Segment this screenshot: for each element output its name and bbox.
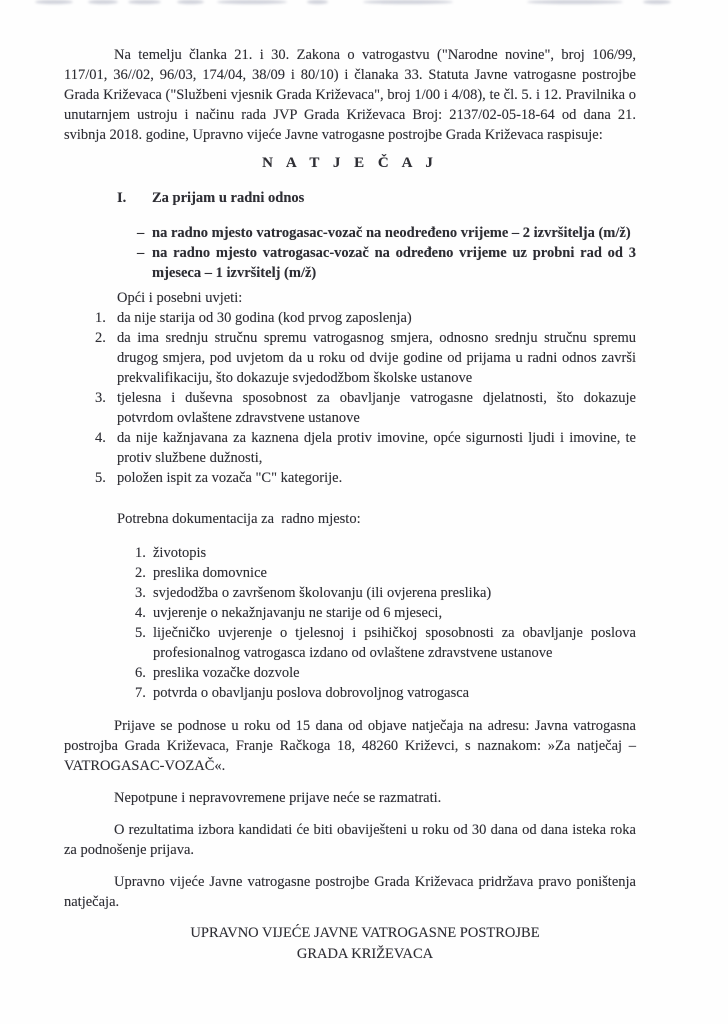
condition-text: da ima srednju stručnu spremu vatrogasno… xyxy=(117,328,636,388)
condition-text: položen ispit za vozača "C" kategorije. xyxy=(117,468,636,488)
list-number: 6. xyxy=(135,663,153,683)
conditions-heading: Opći i posebni uvjeti: xyxy=(64,288,636,308)
signature-line: GRADA KRIŽEVACA xyxy=(94,944,636,965)
documentation-text: životopis xyxy=(153,543,636,563)
section-title: Za prijam u radni odnos xyxy=(152,188,636,208)
cancellation-paragraph: Upravno vijeće Javne vatrogasne postrojb… xyxy=(64,872,636,912)
scan-smudge xyxy=(177,0,204,4)
condition-text: tjelesna i duševna sposobnost za obavlja… xyxy=(117,388,636,428)
list-number: 5. xyxy=(95,468,117,488)
documentation-item: 1. životopis xyxy=(64,543,636,563)
documentation-text: liječničko uvjerenje o tjelesnoj i psihi… xyxy=(153,623,636,663)
scan-smudge xyxy=(643,0,671,4)
documentation-text: preslika vozačke dozvole xyxy=(153,663,636,683)
list-number: 1. xyxy=(95,308,117,328)
documentation-text: uvjerenje o nekažnjavanju ne starije od … xyxy=(153,603,636,623)
documentation-item: 6. preslika vozačke dozvole xyxy=(64,663,636,683)
scan-smudge xyxy=(217,0,287,4)
applications-paragraph: Prijave se podnose u roku od 15 dana od … xyxy=(64,716,636,776)
documentation-list: 1. životopis 2. preslika domovnice 3. sv… xyxy=(64,543,636,703)
section-number: I. xyxy=(117,188,152,208)
scan-smudge xyxy=(35,0,73,4)
list-number: 1. xyxy=(135,543,153,563)
condition-item: 1. da nije starija od 30 godina (kod prv… xyxy=(64,308,636,328)
scan-smudge xyxy=(363,0,453,4)
section-heading: I. Za prijam u radni odnos xyxy=(64,188,636,208)
scan-smudge xyxy=(128,0,161,4)
condition-item: 4. da nije kažnjavana za kaznena djela p… xyxy=(64,428,636,468)
list-number: 4. xyxy=(135,603,153,623)
list-number: 5. xyxy=(135,623,153,663)
list-number: 7. xyxy=(135,683,153,703)
documentation-item: 5. liječničko uvjerenje o tjelesnoj i ps… xyxy=(64,623,636,663)
condition-text: da nije kažnjavana za kaznena djela prot… xyxy=(117,428,636,468)
list-number: 4. xyxy=(95,428,117,468)
condition-item: 2. da ima srednju stručnu spremu vatroga… xyxy=(64,328,636,388)
signature-block: UPRAVNO VIJEĆE JAVNE VATROGASNE POSTROJB… xyxy=(94,923,636,965)
position-item: – na radno mjesto vatrogasac-vozač na od… xyxy=(64,243,636,283)
conditions-list: 1. da nije starija od 30 godina (kod prv… xyxy=(64,308,636,488)
condition-text: da nije starija od 30 godina (kod prvog … xyxy=(117,308,636,328)
documentation-item: 7. potvrda o obavljanju poslova dobrovol… xyxy=(64,683,636,703)
document-page: Na temelju članka 21. i 30. Zakona o vat… xyxy=(0,0,728,1024)
documentation-text: potvrda o obavljanju poslova dobrovoljno… xyxy=(153,683,636,703)
documentation-item: 3. svjedodžba o završenom školovanju (il… xyxy=(64,583,636,603)
positions-list: – na radno mjesto vatrogasac-vozač na ne… xyxy=(64,223,636,283)
documentation-item: 4. uvjerenje o nekažnjavanju ne starije … xyxy=(64,603,636,623)
dash-bullet: – xyxy=(137,223,152,243)
position-text: na radno mjesto vatrogasac-vozač na neod… xyxy=(152,223,636,243)
position-item: – na radno mjesto vatrogasac-vozač na ne… xyxy=(64,223,636,243)
scanned-document: { "document": { "intro": "Na temelju čla… xyxy=(0,0,728,1024)
list-number: 2. xyxy=(135,563,153,583)
scan-smudge xyxy=(307,0,328,4)
dash-bullet: – xyxy=(137,243,152,283)
list-number: 2. xyxy=(95,328,117,388)
position-text: na radno mjesto vatrogasac-vozač na odre… xyxy=(152,243,636,283)
documentation-text: svjedodžba o završenom školovanju (ili o… xyxy=(153,583,636,603)
scan-smudge xyxy=(88,0,118,4)
list-number: 3. xyxy=(135,583,153,603)
scan-smudge xyxy=(527,0,623,4)
results-paragraph: O rezultatima izbora kandidati će biti o… xyxy=(64,820,636,860)
list-number: 3. xyxy=(95,388,117,428)
incomplete-applications-paragraph: Nepotpune i nepravovremene prijave neće … xyxy=(64,788,636,808)
document-content: Na temelju članka 21. i 30. Zakona o vat… xyxy=(64,45,636,965)
condition-item: 5. položen ispit za vozača "C" kategorij… xyxy=(64,468,636,488)
signature-line: UPRAVNO VIJEĆE JAVNE VATROGASNE POSTROJB… xyxy=(94,923,636,944)
documentation-item: 2. preslika domovnice xyxy=(64,563,636,583)
documentation-text: preslika domovnice xyxy=(153,563,636,583)
document-title: N A T J E Č A J xyxy=(64,153,636,173)
documentation-heading: Potrebna dokumentacija za radno mjesto: xyxy=(64,509,636,529)
intro-paragraph: Na temelju članka 21. i 30. Zakona o vat… xyxy=(64,45,636,145)
condition-item: 3. tjelesna i duševna sposobnost za obav… xyxy=(64,388,636,428)
